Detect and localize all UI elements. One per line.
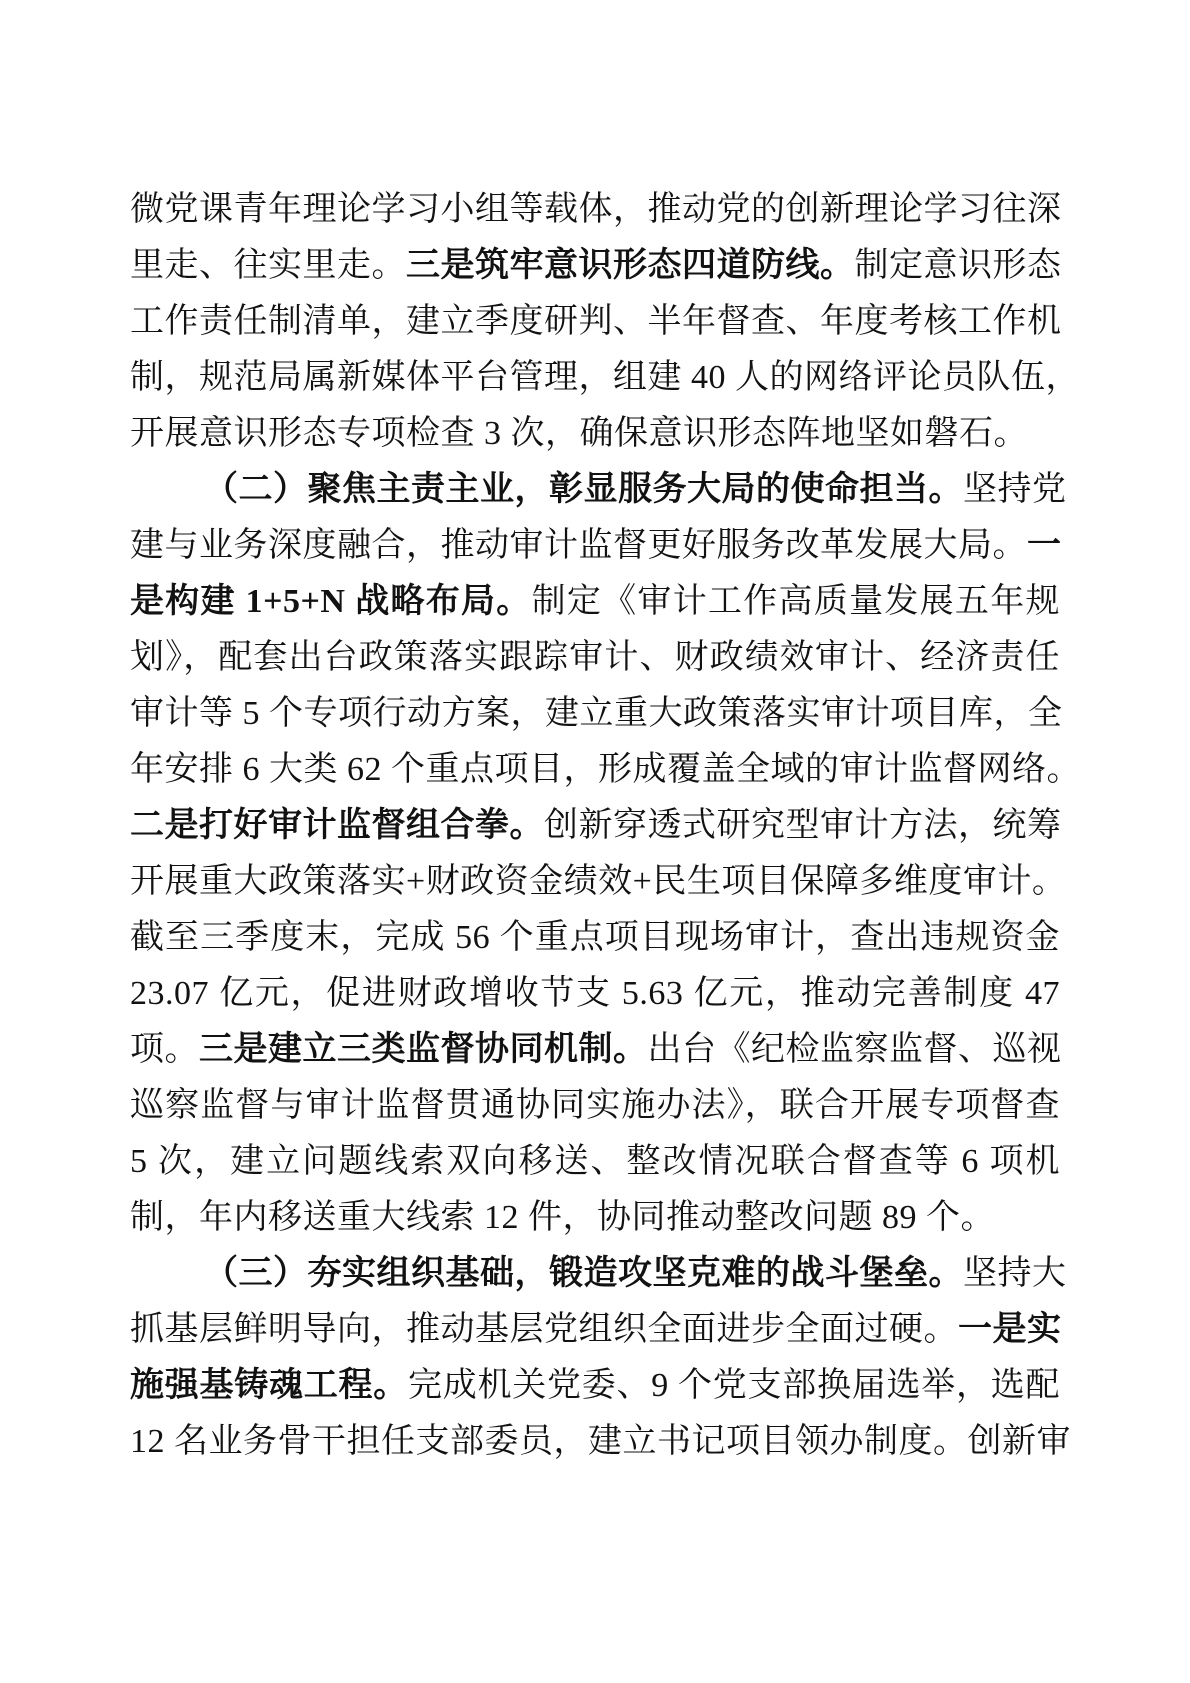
text-line: 划》，配套出台政策落实跟踪审计、财政绩效审计、经济责任 [130,630,1060,686]
emphasis-text: 是构建 1+5+N 战略布局。 [130,583,532,620]
text-line: 5 次，建立问题线索双向移送、整改情况联合督查等 6 项机 [130,1134,1060,1190]
emphasis-text: （二）聚焦主责主业，彰显服务大局的使命担当。 [204,471,963,508]
body-text: 项。 [130,1031,199,1068]
emphasis-text: 一 [1027,527,1062,564]
body-text: 工作责任制清单，建立季度研判、半年督查、年度考核工作机 [130,303,1062,340]
text-line: （三）夯实组织基础，锻造攻坚克难的战斗堡垒。坚持大 [130,1246,1060,1302]
paragraph: 微党课青年理论学习小组等载体，推动党的创新理论学习往深里走、往实里走。三是筑牢意… [130,182,1060,462]
paragraph: （二）聚焦主责主业，彰显服务大局的使命担当。坚持党建与业务深度融合，推动审计监督… [130,462,1060,1246]
text-line: 年安排 6 大类 62 个重点项目，形成覆盖全域的审计监督网络。 [130,742,1060,798]
document-body: 微党课青年理论学习小组等载体，推动党的创新理论学习往深里走、往实里走。三是筑牢意… [130,182,1060,1470]
emphasis-text: 三是建立三类监督协同机制。 [199,1031,648,1068]
emphasis-text: （三）夯实组织基础，锻造攻坚克难的战斗堡垒。 [204,1255,963,1292]
text-line: 审计等 5 个专项行动方案，建立重大政策落实审计项目库，全 [130,686,1060,742]
body-text: 12 名业务骨干担任支部委员，建立书记项目领办制度。创新审 [130,1423,1071,1460]
body-text: 开展意识形态专项检查 3 次，确保意识形态阵地坚如磐石。 [130,415,1028,452]
body-text: 制定意识形态 [855,247,1062,284]
body-text: 出台《纪检监察监督、巡视 [648,1031,1062,1068]
body-text: 审计等 5 个专项行动方案，建立重大政策落实审计项目库，全 [130,695,1063,732]
document-page: 微党课青年理论学习小组等载体，推动党的创新理论学习往深里走、往实里走。三是筑牢意… [0,0,1190,1683]
body-text: 建与业务深度融合，推动审计监督更好服务改革发展大局。 [130,527,1027,564]
text-line: 是构建 1+5+N 战略布局。制定《审计工作高质量发展五年规 [130,574,1060,630]
body-text: 制，规范局属新媒体平台管理，组建 40 人的网络评论员队伍， [130,359,1080,396]
text-line: 抓基层鲜明导向，推动基层党组织全面进步全面过硬。一是实 [130,1302,1060,1358]
body-text: 划》，配套出台政策落实跟踪审计、财政绩效审计、经济责任 [130,639,1060,676]
text-line: 工作责任制清单，建立季度研判、半年督查、年度考核工作机 [130,294,1060,350]
text-line: 巡察监督与审计监督贯通协同实施办法》，联合开展专项督查 [130,1078,1060,1134]
emphasis-text: 三是筑牢意识形态四道防线。 [406,247,855,284]
text-line: 制，规范局属新媒体平台管理，组建 40 人的网络评论员队伍， [130,350,1060,406]
body-text: 23.07 亿元，促进财政增收节支 5.63 亿元，推动完善制度 47 [130,975,1060,1012]
body-text: 截至三季度末，完成 56 个重点项目现场审计，查出违规资金 [130,919,1060,956]
text-line: 里走、往实里走。三是筑牢意识形态四道防线。制定意识形态 [130,238,1060,294]
body-text: 创新穿透式研究型审计方法，统筹 [544,807,1062,844]
body-text: 开展重大政策落实+财政资金绩效+民生项目保障多维度审计。 [130,863,1066,900]
text-line: 建与业务深度融合，推动审计监督更好服务改革发展大局。一 [130,518,1060,574]
emphasis-text: 二是打好审计监督组合拳。 [130,807,544,844]
body-text: 微党课青年理论学习小组等载体，推动党的创新理论学习往深 [130,191,1062,228]
text-line: 开展重大政策落实+财政资金绩效+民生项目保障多维度审计。 [130,854,1060,910]
text-line: 施强基铸魂工程。完成机关党委、9 个党支部换届选举，选配 [130,1358,1060,1414]
emphasis-text: 施强基铸魂工程。 [130,1367,408,1404]
paragraph: （三）夯实组织基础，锻造攻坚克难的战斗堡垒。坚持大抓基层鲜明导向，推动基层党组织… [130,1246,1060,1470]
text-line: 开展意识形态专项检查 3 次，确保意识形态阵地坚如磐石。 [130,406,1060,462]
text-line: （二）聚焦主责主业，彰显服务大局的使命担当。坚持党 [130,462,1060,518]
text-line: 12 名业务骨干担任支部委员，建立书记项目领办制度。创新审 [130,1414,1060,1470]
emphasis-text: 一是实 [958,1311,1062,1348]
body-text: 年安排 6 大类 62 个重点项目，形成覆盖全域的审计监督网络。 [130,751,1081,788]
body-text: 制定《审计工作高质量发展五年规 [532,583,1060,620]
body-text: 5 次，建立问题线索双向移送、整改情况联合督查等 6 项机 [130,1143,1060,1180]
body-text: 制，年内移送重大线索 12 件，协同推动整改问题 89 个。 [130,1199,995,1236]
body-text: 坚持大 [963,1255,1067,1292]
text-line: 微党课青年理论学习小组等载体，推动党的创新理论学习往深 [130,182,1060,238]
text-line: 项。三是建立三类监督协同机制。出台《纪检监察监督、巡视 [130,1022,1060,1078]
body-text: 完成机关党委、9 个党支部换届选举，选配 [408,1367,1060,1404]
text-line: 制，年内移送重大线索 12 件，协同推动整改问题 89 个。 [130,1190,1060,1246]
body-text: 里走、往实里走。 [130,247,406,284]
text-line: 二是打好审计监督组合拳。创新穿透式研究型审计方法，统筹 [130,798,1060,854]
body-text: 坚持党 [963,471,1067,508]
text-line: 23.07 亿元，促进财政增收节支 5.63 亿元，推动完善制度 47 [130,966,1060,1022]
text-line: 截至三季度末，完成 56 个重点项目现场审计，查出违规资金 [130,910,1060,966]
body-text: 抓基层鲜明导向，推动基层党组织全面进步全面过硬。 [130,1311,958,1348]
body-text: 巡察监督与审计监督贯通协同实施办法》，联合开展专项督查 [130,1087,1060,1124]
